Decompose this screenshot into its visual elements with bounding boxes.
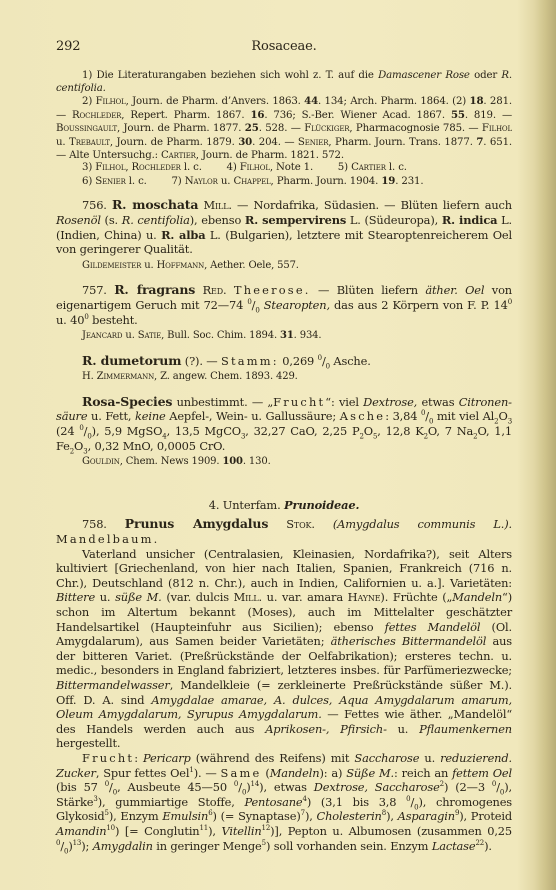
species-name: Prunus Amygdalus <box>125 516 268 531</box>
entry-number: 757. <box>82 283 107 297</box>
entry-rosa-species: Rosa-Species unbestimmt. — „Frucht“: vie… <box>56 395 512 453</box>
common-name: Mandelbaum. <box>56 532 160 546</box>
page-header: 292 Rosaceae. <box>56 40 512 56</box>
species-author: Mill. <box>204 198 232 212</box>
entry-757: 757. R. fragrans Red. Theerose. — Blüten… <box>56 283 512 327</box>
reference-rosa-species: Gouldin, Chem. News 1909. 100. 130. <box>56 455 512 470</box>
running-title: Rosaceae. <box>56 40 512 55</box>
page-content: 292 Rosaceae. 1) Die Literaturangaben be… <box>56 40 512 853</box>
qualifier: (?). <box>185 354 203 368</box>
reference-757: Jeancard u. Satie, Bull. Soc. Chim. 1894… <box>56 329 512 344</box>
species-name: R. dumetorum <box>82 353 181 368</box>
reference-dumetorum: H. Zimmermann, Z. angew. Chem. 1893. 429… <box>56 370 512 385</box>
footnote-2: 2) Filhol, Journ. de Pharm. d’Anvers. 18… <box>56 95 512 162</box>
footnotes-3-5: 3) Filhol, Rochleder l. c. 4) Filhol, No… <box>56 162 512 175</box>
species-name: R. moschata <box>112 197 198 212</box>
scanned-page: 292 Rosaceae. 1) Die Literaturangaben be… <box>0 0 556 890</box>
entry-756: 756. R. moschata Mill. — Nordafrika, Süd… <box>56 198 512 256</box>
species-author: Stok. <box>286 517 315 531</box>
subfamily-name: Prunoideae. <box>284 498 359 512</box>
footnotes: 1) Die Literaturangaben beziehen sich wo… <box>56 70 512 188</box>
synonym: (Amygdalus communis L.). <box>333 517 512 531</box>
entry-758-distribution: Vaterland unsicher (Centralasien, Kleina… <box>56 547 512 751</box>
species-name: Rosa-Species <box>82 394 172 409</box>
entry-number: 756. <box>82 198 107 212</box>
entry-number: 758. <box>82 517 107 531</box>
species-name: R. fragrans <box>114 282 195 297</box>
common-name: Theerose. <box>234 283 311 297</box>
entry-758-heading: 758. Prunus Amygdalus Stok. (Amygdalus c… <box>56 517 512 546</box>
entry-758-chemistry: Frucht: Pericarp (während des Reifens) m… <box>56 751 512 853</box>
subfamily-heading: 4. Unterfam. Prunoideae. <box>56 498 512 513</box>
entry-dumetorum: R. dumetorum (?). — Stamm: 0,269 0/0 Asc… <box>56 354 512 369</box>
subfamily-prefix: 4. Unterfam. <box>209 498 281 512</box>
species-author: Red. <box>203 283 227 297</box>
section-label: Stamm: <box>221 354 279 368</box>
footnotes-6-7: 6) Senier l. c. 7) Naylor u. Chappel, Ph… <box>56 175 512 189</box>
reference-756: Gildemeister u. Hoffmann, Aether. Oele, … <box>56 259 512 274</box>
footnote-1: 1) Die Literaturangaben beziehen sich wo… <box>56 70 512 95</box>
